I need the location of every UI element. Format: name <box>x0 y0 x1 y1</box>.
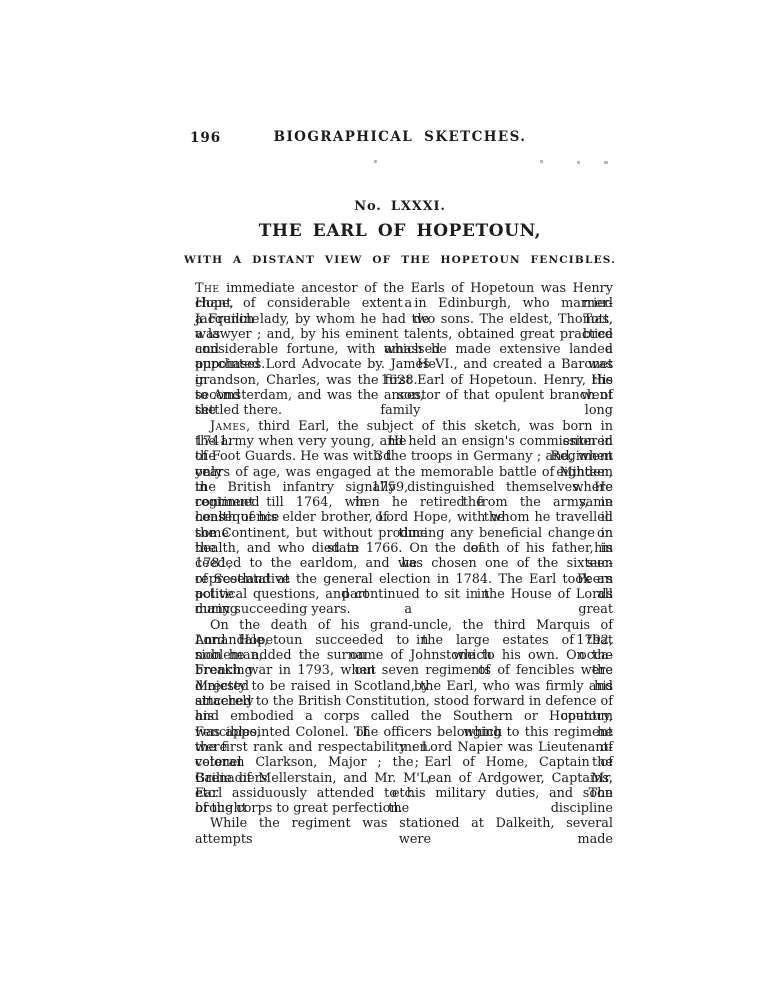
scan-speck <box>604 161 608 164</box>
text-line: French war in 1793, when seven regiments… <box>195 663 613 678</box>
text-line: ceeded to the earldom, and was chosen on… <box>195 556 613 571</box>
text-line: health of his elder brother, Lord Hope, … <box>195 510 613 525</box>
scan-speck <box>540 160 543 163</box>
article-body: The immediate ancestor of the Earls of H… <box>195 281 613 832</box>
page-number: 196 <box>190 130 221 146</box>
text-line: While the regiment was stationed at Dalk… <box>195 816 613 831</box>
text-line: the Continent, but without producing any… <box>195 526 613 541</box>
text-line: attached to the British Constitution, st… <box>195 694 613 709</box>
text-line: was appointed Colonel. The officers belo… <box>195 725 613 740</box>
text-line: sion he added the surname of Johnstone t… <box>195 648 613 663</box>
text-line: years of age, was engaged at the memorab… <box>195 465 613 480</box>
text-line: a French lady, by whom he had two sons. … <box>195 312 613 327</box>
text-line: appointed Lord Advocate by. James VI., a… <box>195 357 613 372</box>
text-line: Lord Hopetoun succeeded to the large est… <box>195 633 613 648</box>
scan-speck <box>374 160 377 163</box>
scan-speck <box>577 161 580 164</box>
small-caps-lead: The <box>195 281 219 296</box>
text-line: grandson, Charles, was the first Earl of… <box>195 373 613 388</box>
article-number: No. LXXXI. <box>354 199 445 214</box>
text-line: veteran Clarkson, Major ; the Earl of Ho… <box>195 755 613 770</box>
text-line: The immediate ancestor of the Earls of H… <box>195 281 613 296</box>
text-line: of Scotland at the general election in 1… <box>195 572 613 587</box>
text-line: health, and who died in 1766. On the dea… <box>195 541 613 556</box>
text-line: On the death of his grand-uncle, the thi… <box>195 618 613 633</box>
text-line: a lawyer ; and, by his eminent talents, … <box>195 327 613 342</box>
article-title: THE EARL OF HOPETOUN, <box>259 221 541 241</box>
text-line: chant of considerable extent in Edinburg… <box>195 296 613 311</box>
text-line: Bailie of Mellerstain, and Mr. M'Lean of… <box>195 771 613 786</box>
text-line: the army when very young, and held an en… <box>195 434 613 449</box>
article-subtitle: WITH A DISTANT VIEW OF THE HOPETOUN FENC… <box>184 254 616 266</box>
text-line: the first rank and respectability : Lord… <box>195 740 613 755</box>
text-line: political questions, and continued to si… <box>195 587 613 602</box>
text-line: regiment till 1764, when he retired from… <box>195 495 613 510</box>
text-line: Majesty to be raised in Scotland, the Ea… <box>195 679 613 694</box>
text-line: James, third Earl, the subject of this s… <box>195 419 613 434</box>
text-line: and embodied a corps called the Southern… <box>195 709 613 724</box>
text-line: the British infantry signally distinguis… <box>195 480 613 495</box>
small-caps-lead: James <box>210 419 246 434</box>
book-page: 196 BIOGRAPHICAL SKETCHES. No. LXXXI. TH… <box>0 0 782 1000</box>
text-line: considerable fortune, with which he made… <box>195 342 613 357</box>
text-line: Earl assiduously attended to his militar… <box>195 786 613 801</box>
text-line: of Foot Guards. He was with the troops i… <box>195 449 613 464</box>
text-line: to Amsterdam, and was the ancestor of th… <box>195 388 613 403</box>
running-header: BIOGRAPHICAL SKETCHES. <box>274 129 527 145</box>
